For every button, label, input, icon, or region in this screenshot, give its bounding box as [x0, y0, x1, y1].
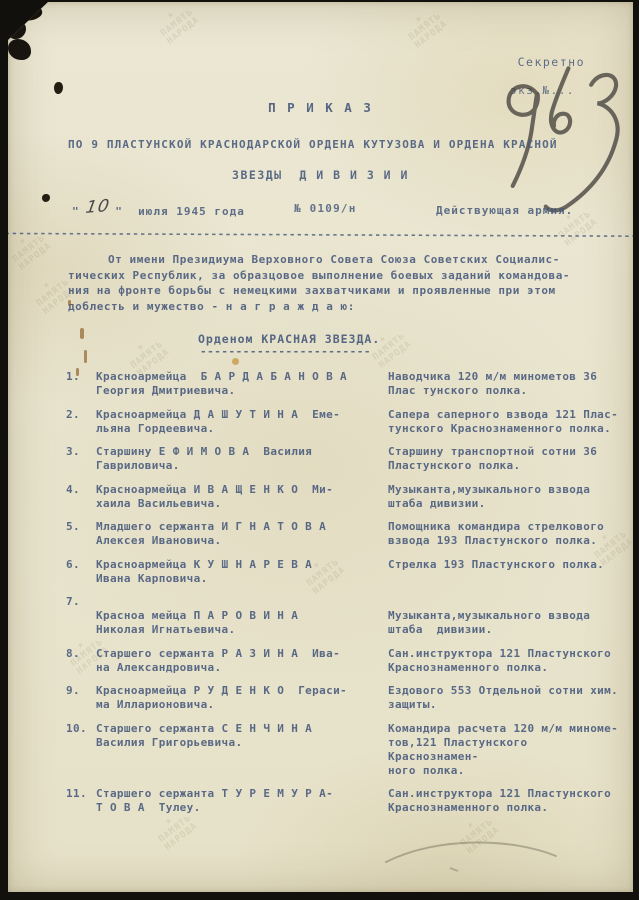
list-item: 2.Красноармейца Д А Ш У Т И Н А Еме- лья…: [66, 408, 621, 436]
paper-hole: [54, 82, 63, 94]
recipient-position: Помощника командира стрелкового взвода 1…: [388, 520, 621, 548]
list-item: 6.Красноармейца К У Ш Н А Р Е В А Ивана …: [66, 558, 621, 586]
recipient-position: Ездового 553 Отдельной сотни хим. защиты…: [388, 684, 621, 712]
recipient-name: Старшего сержанта Р А З И Н А Ива- на Ал…: [96, 647, 388, 675]
award-underline: ------------------------: [200, 345, 371, 358]
list-item: 3.Старшину Е Ф И М О В А Василия Гаврило…: [66, 445, 621, 473]
item-number: 9.: [66, 684, 96, 712]
recipient-position: Командира расчета 120 м/м миноме- тов,12…: [388, 722, 621, 778]
recipient-position: Музыканта,музыкального взвода штаба диви…: [388, 483, 621, 511]
handwritten-day: 10: [84, 196, 111, 218]
stain-speck: [84, 350, 87, 363]
recipient-name: Старшего сержанта С Е Н Ч И Н А Василия …: [96, 722, 388, 778]
division-title-line2: ЗВЕЗДЫ Д И В И З И И: [8, 168, 633, 182]
star-icon: ★: [153, 0, 190, 31]
punch-hole: [8, 39, 31, 60]
star-icon: ★: [401, 3, 438, 35]
item-number: 6.: [66, 558, 96, 586]
division-title-line1: ПО 9 ПЛАСТУНСКОЙ КРАСНОДАРСКОЙ ОРДЕНА КУ…: [68, 138, 558, 151]
recipient-name: Красноа мейца П А Р О В И Н А Николая Иг…: [96, 595, 388, 637]
stain-speck: [232, 358, 239, 365]
pamyat-naroda-watermark: ★ПАМЯТЬ НАРОДА: [401, 3, 450, 50]
recipient-name: Красноармейца Р У Д Е Н К О Гераси- ма И…: [96, 684, 388, 712]
pamyat-naroda-watermark: ★ПАМЯТЬ НАРОДА: [365, 323, 414, 370]
recipient-position: Музыканта,музыкального взвода штаба диви…: [388, 595, 621, 637]
scanned-document: ★ПАМЯТЬ НАРОДА ★ПАМЯТЬ НАРОДА ★ПАМЯТЬ НА…: [0, 0, 639, 900]
date-line: "10" июля 1945 года № 0109/н Действующая…: [8, 196, 633, 222]
item-number: 10.: [66, 722, 96, 778]
item-number: 11.: [66, 787, 96, 815]
star-icon: ★: [123, 331, 160, 363]
recipient-name: Красноармейца И В А Щ Е Н К О Ми- хаила …: [96, 483, 388, 511]
stain-speck: [80, 328, 84, 339]
order-number: № 0109/н: [294, 202, 357, 215]
item-number: 8.: [66, 647, 96, 675]
star-icon: ★: [29, 269, 66, 301]
recipient-position: Стрелка 193 Пластунского полка.: [388, 558, 621, 586]
recipient-position: Наводчика 120 м/м минометов 36 Плас тунс…: [388, 370, 621, 398]
pencil-arc-mark: [380, 830, 570, 876]
list-item: 1.Красноармейца Б А Р Д А Б А Н О В А Ге…: [66, 370, 621, 398]
item-number: 1.: [66, 370, 96, 398]
date-group: "10" июля 1945 года: [72, 200, 245, 220]
item-number: 5.: [66, 520, 96, 548]
item-number: 3.: [66, 445, 96, 473]
open-quote: ": [72, 205, 80, 218]
stain-speck: [76, 368, 79, 376]
award-list: 1.Красноармейца Б А Р Д А Б А Н О В А Ге…: [66, 370, 621, 825]
list-item: 7. Красноа мейца П А Р О В И Н А Николая…: [66, 595, 621, 637]
list-item: 10.Старшего сержанта С Е Н Ч И Н А Васил…: [66, 722, 621, 778]
punch-hole: [8, 21, 26, 39]
recipient-position: Старшину транспортной сотни 36 Пластунск…: [388, 445, 621, 473]
award-heading: Орденом КРАСНАЯ ЗВЕЗДА.: [198, 332, 380, 346]
pamyat-naroda-watermark: ★ПАМЯТЬ НАРОДА: [153, 0, 202, 47]
recipient-name: Старшину Е Ф И М О В А Василия Гаврилови…: [96, 445, 388, 473]
list-item: 9.Красноармейца Р У Д Е Н К О Гераси- ма…: [66, 684, 621, 712]
recipient-name: Красноармейца Б А Р Д А Б А Н О В А Геор…: [96, 370, 388, 398]
recipient-position: Сапера саперного взвода 121 Плас- тунско…: [388, 408, 621, 436]
list-item: 11.Старшего сержанта Т У Р Е М У Р А- Т …: [66, 787, 621, 815]
army-label: Действующая армия.: [436, 204, 573, 217]
recipient-name: Младшего сержанта И Г Н А Т О В А Алексе…: [96, 520, 388, 548]
date-text: июля 1945 года: [138, 205, 245, 218]
order-title: П Р И К А З: [8, 100, 633, 115]
list-item: 8.Старшего сержанта Р А З И Н А Ива- на …: [66, 647, 621, 675]
ink-blot: [7, 0, 43, 23]
close-quote: ": [115, 205, 123, 218]
recipient-name: Старшего сержанта Т У Р Е М У Р А- Т О В…: [96, 787, 388, 815]
list-item: 5.Младшего сержанта И Г Н А Т О В А Алек…: [66, 520, 621, 548]
item-number: 4.: [66, 483, 96, 511]
recipient-name: Красноармейца Д А Ш У Т И Н А Еме- льяна…: [96, 408, 388, 436]
stain-speck: [68, 300, 71, 306]
paper-sheet: ★ПАМЯТЬ НАРОДА ★ПАМЯТЬ НАРОДА ★ПАМЯТЬ НА…: [8, 2, 633, 892]
separator-line: ----------------------------------------…: [4, 227, 637, 243]
item-number: 2.: [66, 408, 96, 436]
recipient-position: Сан.инструктора 121 Пластунского Красноз…: [388, 647, 621, 675]
preamble-paragraph: От имени Президиума Верховного Совета Со…: [68, 252, 602, 314]
item-number: 7.: [66, 595, 96, 637]
recipient-position: Сан.инструктора 121 Пластунского Красноз…: [388, 787, 621, 815]
list-item: 4.Красноармейца И В А Щ Е Н К О Ми- хаил…: [66, 483, 621, 511]
recipient-name: Красноармейца К У Ш Н А Р Е В А Ивана Ка…: [96, 558, 388, 586]
